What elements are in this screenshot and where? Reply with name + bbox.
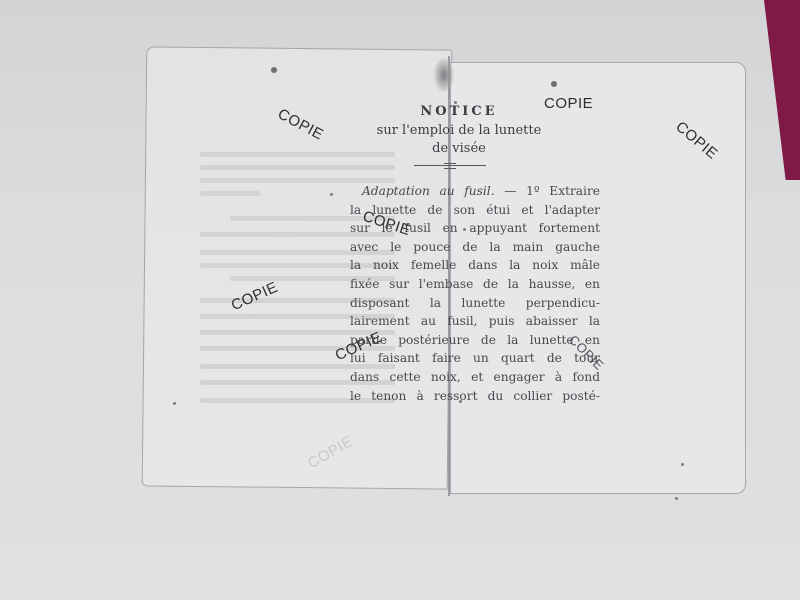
paragraph-line: sur le fusil en appuyant fortement	[350, 219, 600, 238]
paragraph-line: lui faisant faire un quart de tour	[350, 349, 600, 368]
magenta-background-edge	[764, 0, 800, 180]
title-ornament	[414, 165, 486, 166]
paragraph-line: dans cette noix, et engager à fond	[350, 368, 600, 387]
ink-spot	[675, 497, 678, 500]
ink-spot	[173, 402, 176, 405]
ink-spot	[330, 193, 333, 196]
ink-spot	[551, 81, 557, 87]
paragraph-line: la noix femelle dans la noix mâle	[350, 256, 600, 275]
paragraph-line: fixée sur l'embase de la hausse, en	[350, 275, 600, 294]
spine-stain	[434, 58, 454, 92]
paragraph-heading: Adaptation au fusil.	[362, 184, 495, 198]
notice-title: NOTICE	[312, 104, 606, 119]
bleed-through-line	[200, 191, 260, 196]
ink-spot	[681, 463, 684, 466]
paragraph-line: lairement au fusil, puis abaisser la	[350, 312, 600, 331]
paragraph-line: avec le pouce de la main gauche	[350, 238, 600, 257]
notice-subtitle-line-2: de visée	[312, 140, 606, 158]
paragraph-line: disposant la lunette perpendicu-	[350, 294, 600, 313]
bleed-through-line	[200, 165, 395, 170]
paragraph-line: la lunette de son étui et l'adapter	[350, 201, 600, 220]
notice-subtitle-line-1: sur l'emploi de la lunette	[312, 122, 606, 140]
paragraph-line: partie postérieure de la lunette en	[350, 331, 600, 350]
ink-spot	[271, 67, 277, 73]
paragraph-line: Adaptation au fusil. — 1º Extraire	[350, 182, 600, 201]
paragraph-line: le tenon à ressort du collier posté-	[350, 387, 600, 406]
notice-body-paragraph: Adaptation au fusil. — 1º Extraire la lu…	[350, 182, 600, 405]
